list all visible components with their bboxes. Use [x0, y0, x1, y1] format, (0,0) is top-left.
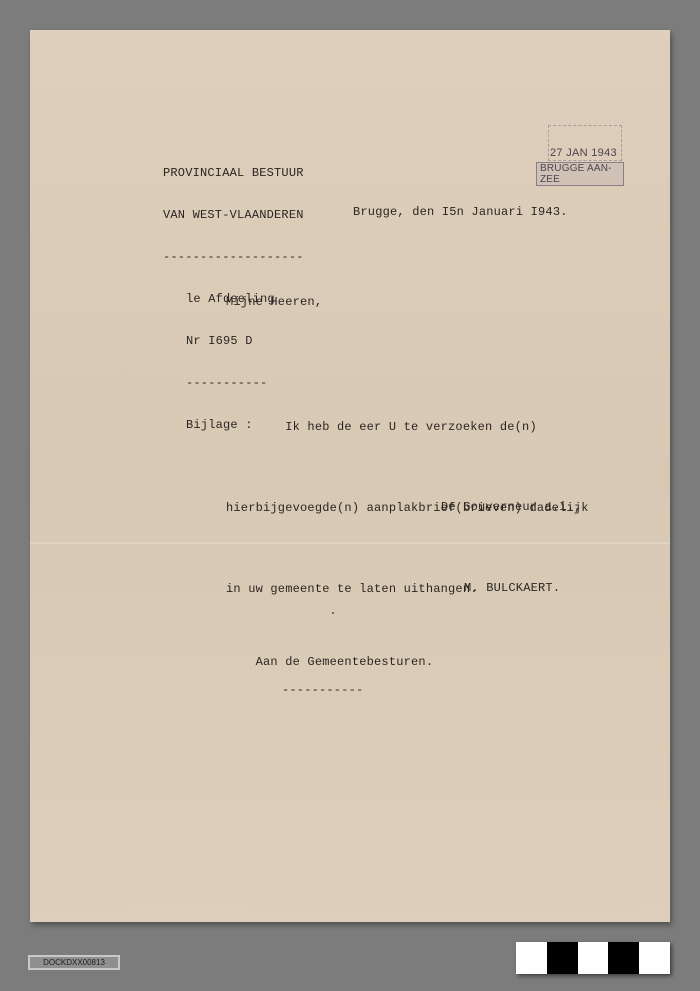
stamp-date: 27 JAN 1943	[550, 147, 617, 159]
calibration-white-patch	[639, 942, 670, 974]
ink-speck	[332, 612, 334, 614]
letter-page: PROVINCIAAL BESTUUR VAN WEST-VLAANDEREN …	[30, 30, 670, 922]
calibration-white-patch	[578, 942, 609, 974]
letterhead-rule: -------------------	[163, 250, 304, 264]
received-stamp: 27 JAN 1943 BRUGGE AAN-ZEE	[536, 125, 624, 185]
body-line-1: Ik heb de eer U te verzoeken de(n)	[226, 414, 589, 441]
recipient: Aan de Gemeentebesturen.	[256, 655, 434, 669]
archive-reference-label: DOCKDXX00813	[28, 955, 120, 970]
calibration-black-patch	[547, 942, 578, 974]
signature-title: De Gouverneur a.i.,	[441, 494, 582, 521]
calibration-white-patch	[516, 942, 547, 974]
recipient-underline: -----------	[226, 683, 433, 697]
signature-block: De Gouverneur a.i., M. BULCKAERT.	[441, 440, 582, 656]
reference-number: Nr I695 D	[163, 334, 304, 348]
recipient-block: Aan de Gemeentebesturen. -----------	[226, 641, 433, 725]
signature-name: M. BULCKAERT.	[441, 575, 582, 602]
stamp-place: BRUGGE AAN-ZEE	[536, 162, 624, 186]
salutation: Mijne Heeren,	[226, 295, 322, 309]
letterhead-line-2: VAN WEST-VLAANDEREN	[163, 208, 304, 222]
date-line: Brugge, den I5n Januari I943.	[353, 205, 568, 219]
calibration-bar	[516, 942, 670, 974]
calibration-black-patch	[608, 942, 639, 974]
letterhead-line-1: PROVINCIAAL BESTUUR	[163, 166, 304, 180]
